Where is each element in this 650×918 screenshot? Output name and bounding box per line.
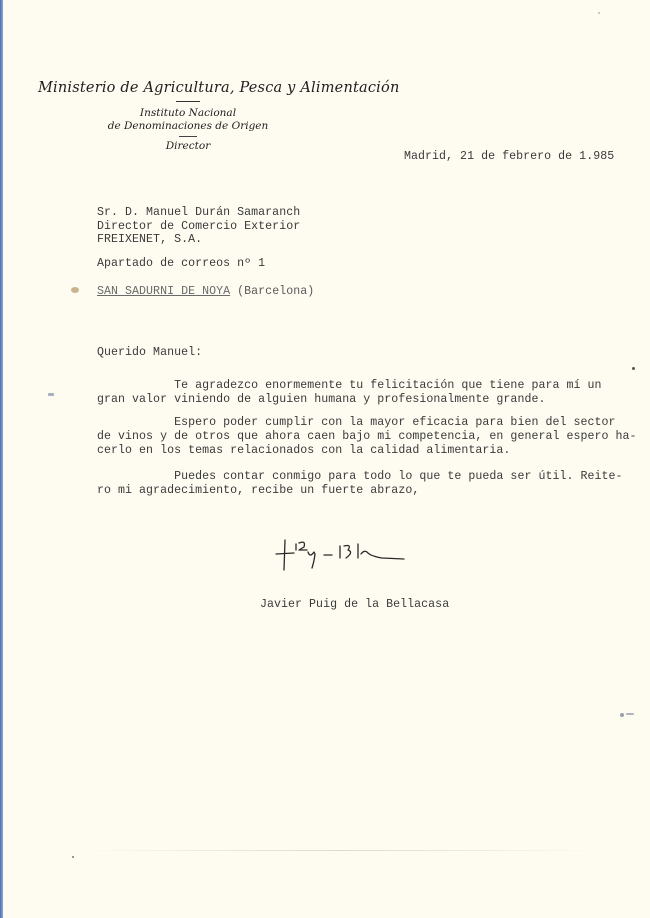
paper-mark xyxy=(620,713,624,717)
paragraph-text: Te agradezco enormemente tu felicitación… xyxy=(97,379,607,407)
paper-mark xyxy=(72,856,74,858)
paragraph-text: Puedes contar conmigo para todo lo que t… xyxy=(97,470,607,498)
paragraph-text: Espero poder cumplir con la mayor eficac… xyxy=(97,416,607,458)
paper-mark xyxy=(598,12,600,14)
recipient-company: FREIXENET, S.A. xyxy=(97,233,300,247)
letterhead-divider xyxy=(176,101,200,102)
letterhead-divider-small xyxy=(179,136,197,137)
recipient-province: (Barcelona) xyxy=(237,285,314,298)
letter-date: Madrid, 21 de febrero de 1.985 xyxy=(404,150,614,163)
body-paragraph: Espero poder cumplir con la mayor eficac… xyxy=(97,416,607,458)
body-paragraph: Te agradezco enormemente tu felicitación… xyxy=(97,379,607,407)
signer-name: Javier Puig de la Bellacasa xyxy=(260,598,449,611)
body-paragraph: Puedes contar conmigo para todo lo que t… xyxy=(97,470,607,498)
institute-name-line2: de Denominaciones de Origen xyxy=(38,120,338,133)
recipient-title: Director de Comercio Exterior xyxy=(97,220,300,234)
paper-fold xyxy=(80,850,600,851)
recipient-name: Sr. D. Manuel Durán Samaranch xyxy=(97,206,300,220)
institute-name-line1: Instituto Nacional xyxy=(38,107,338,120)
recipient-po-box: Apartado de correos nº 1 xyxy=(97,257,265,270)
paper-mark xyxy=(626,713,634,715)
recipient-city: SAN SADURNI DE NOYA xyxy=(97,285,230,298)
paper-mark xyxy=(632,367,635,370)
letterhead: Ministerio de Agricultura, Pesca y Alime… xyxy=(38,80,338,153)
recipient-address: Sr. D. Manuel Durán Samaranch Director d… xyxy=(97,206,300,247)
salutation: Querido Manuel: xyxy=(97,346,202,359)
signature-icon xyxy=(272,530,422,578)
ministry-name: Ministerio de Agricultura, Pesca y Alime… xyxy=(38,80,338,96)
paper-smudge xyxy=(71,287,79,293)
recipient-city-line: SAN SADURNI DE NOYA (Barcelona) xyxy=(97,285,314,298)
office-title: Director xyxy=(38,140,338,153)
paper-mark xyxy=(48,393,54,396)
